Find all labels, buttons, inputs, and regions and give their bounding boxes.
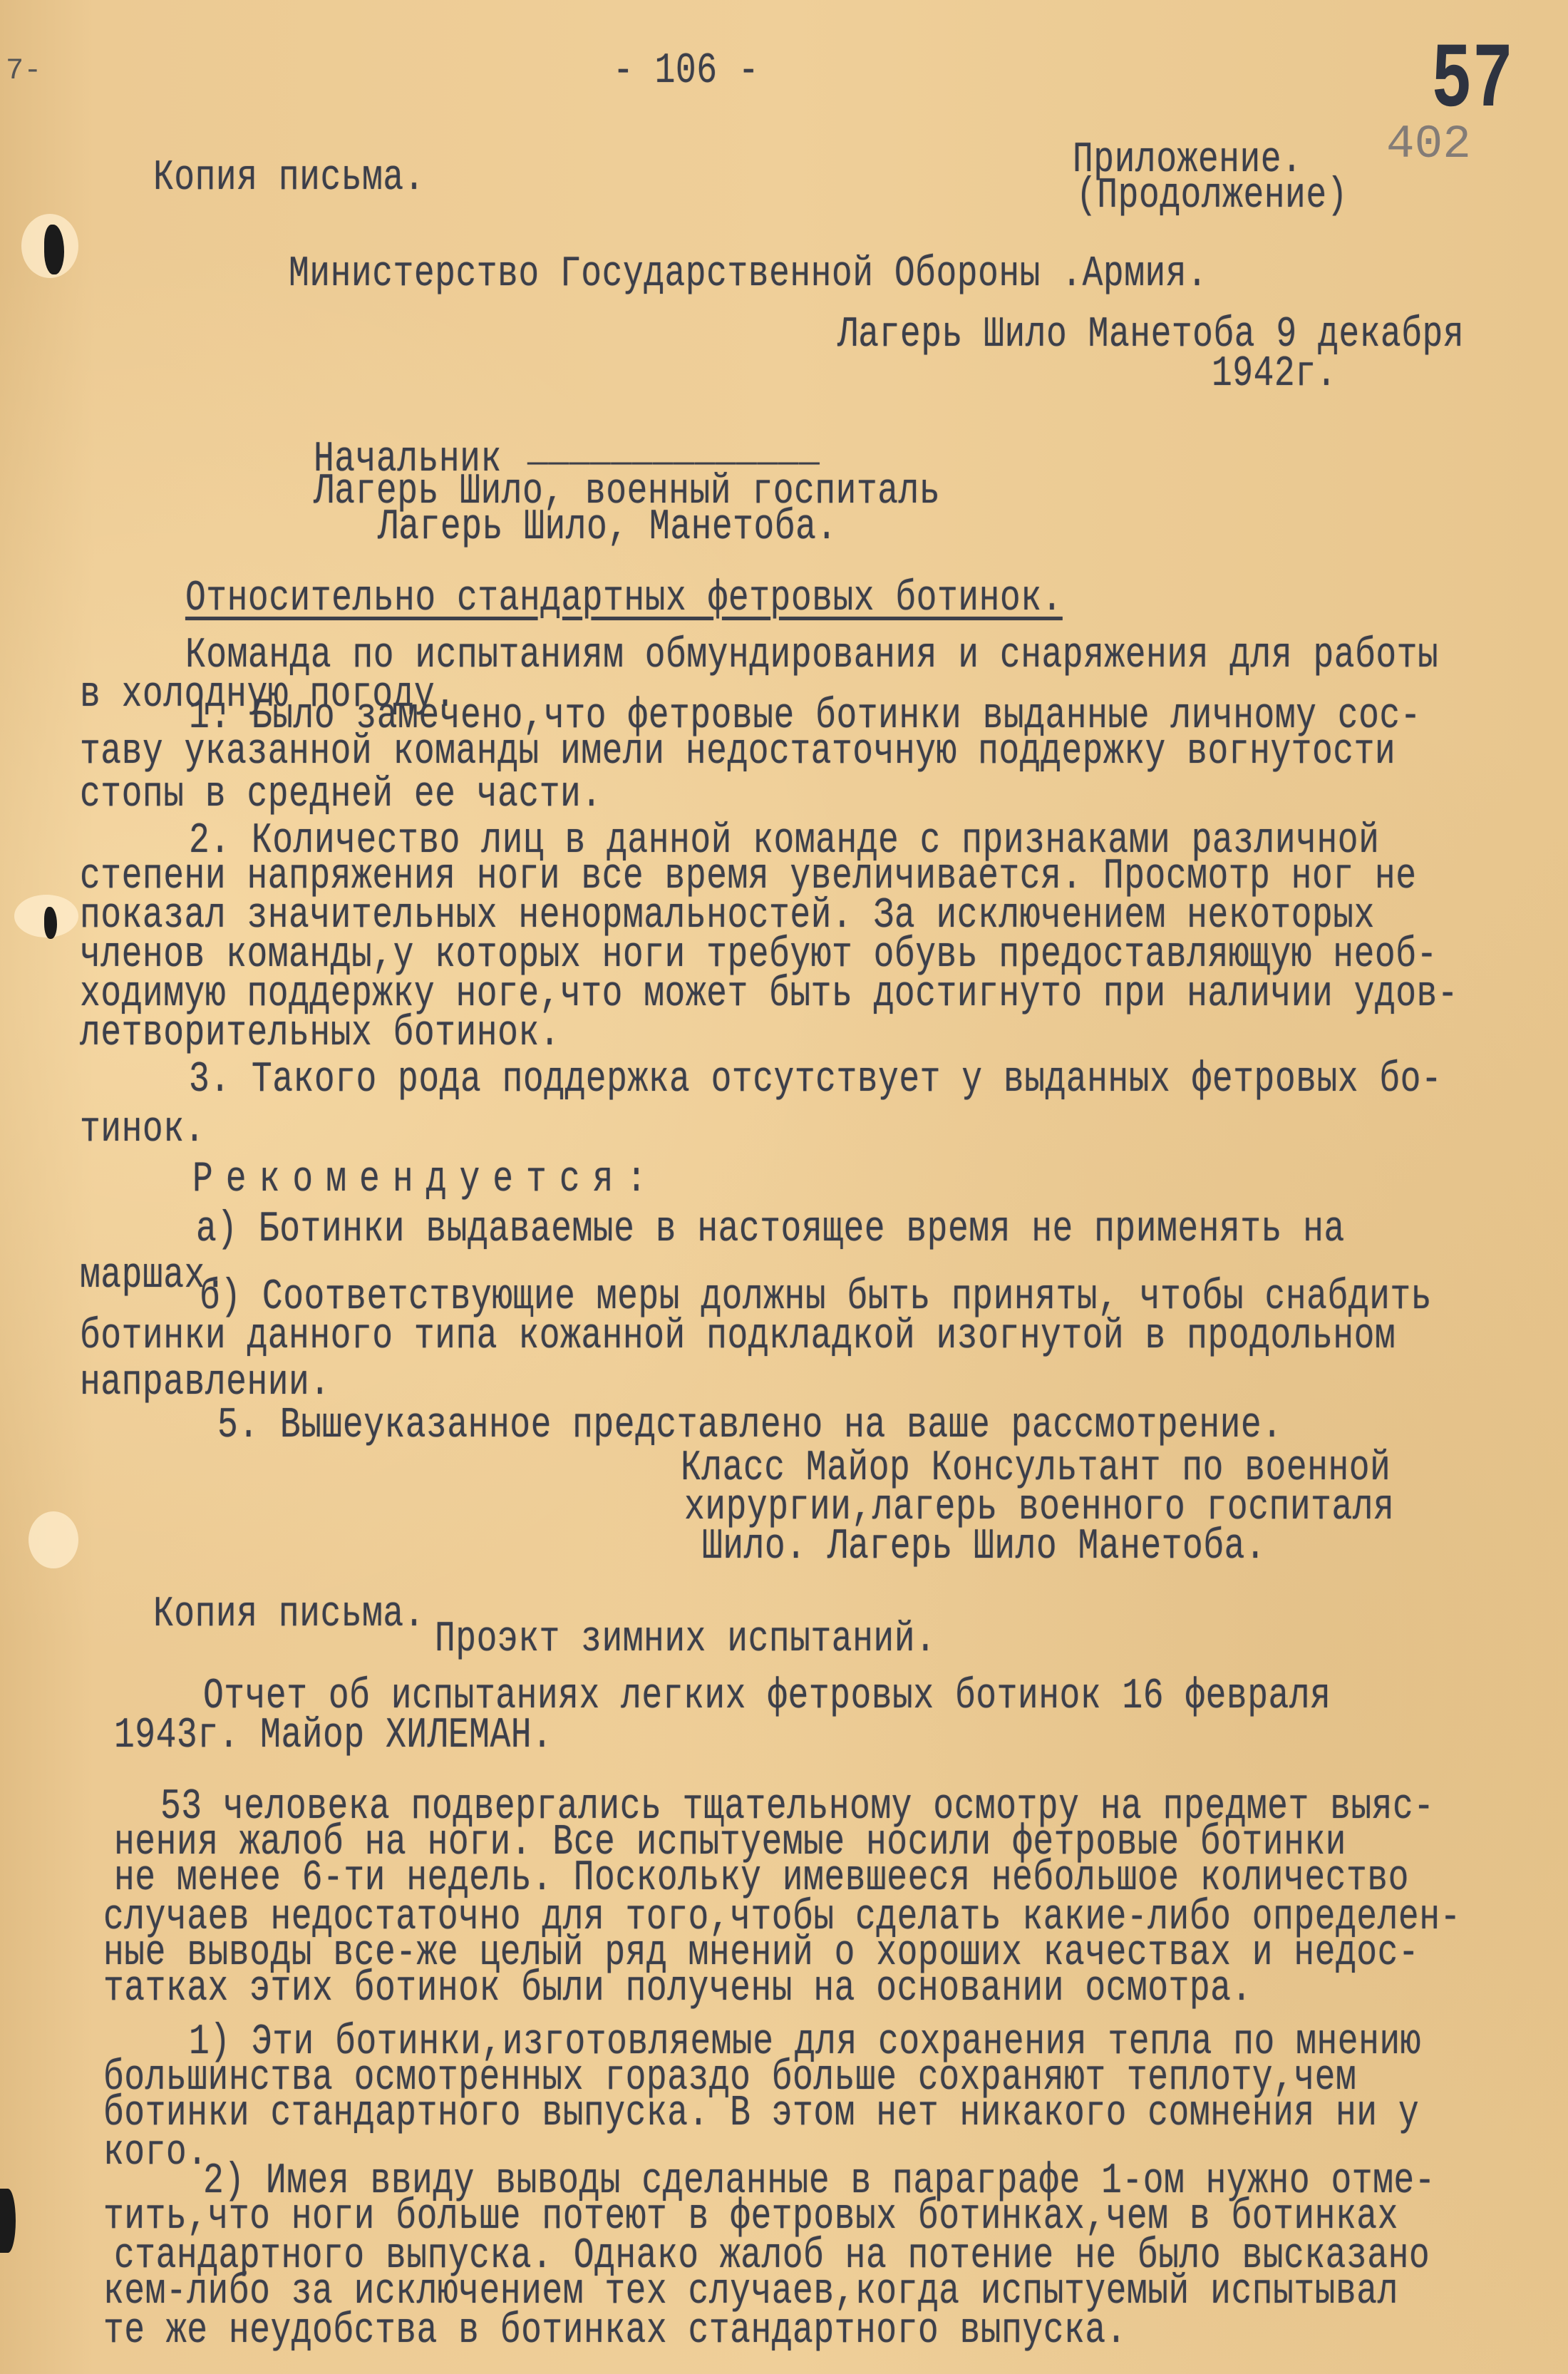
subject-line: Относительно стандартных фетровых ботино… bbox=[185, 577, 1063, 620]
body-line: летворительных ботинок. bbox=[80, 1012, 560, 1055]
body-line: направлении. bbox=[80, 1362, 331, 1404]
addressee-line3: Лагерь Шило, Манетоба. bbox=[378, 506, 837, 549]
body-line: ботинки данного типа кожанной подкладкой… bbox=[80, 1315, 1396, 1358]
page-number: - 106 - bbox=[613, 50, 759, 93]
copy-label: Копия письма. bbox=[153, 157, 425, 200]
margin-mark: 7- bbox=[6, 53, 41, 88]
body-line: тинок. bbox=[80, 1109, 205, 1151]
signature-line: Шило. Лагерь Шило Манетоба. bbox=[702, 1526, 1266, 1568]
continuation-label: (Продолжение) bbox=[1076, 175, 1348, 217]
copy-label-2: Копия письма. bbox=[153, 1593, 425, 1636]
ministry-heading: Министерство Государственной Обороны .Ар… bbox=[289, 253, 1207, 296]
body-line: татках этих ботинок были получены на осн… bbox=[103, 1968, 1252, 2010]
punch-hole bbox=[0, 2189, 16, 2253]
body-line: те же неудобства в ботинках стандартного… bbox=[103, 2310, 1127, 2353]
place-date: Лагерь Шило Манетоба 9 декабря bbox=[837, 314, 1464, 356]
body-line: 5. Вышеуказанное представлено на ваше ра… bbox=[217, 1404, 1283, 1447]
body-line: 3. Такого рода поддержка отсутствует у в… bbox=[189, 1059, 1442, 1101]
body-line: таву указанной команды имели недостаточн… bbox=[80, 731, 1396, 774]
punch-hole bbox=[44, 907, 57, 939]
date-year: 1942г. bbox=[1212, 353, 1337, 396]
body-line: стопы в средней ее части. bbox=[80, 774, 602, 816]
body-line: а) Ботинки выдаваемые в настоящее время … bbox=[196, 1208, 1345, 1251]
paper-damage bbox=[29, 1511, 78, 1568]
report-line: 1943г. Майор ХИЛЕМАН. bbox=[114, 1715, 552, 1757]
archive-number: 402 bbox=[1386, 118, 1471, 171]
addressee-blank: ______________ bbox=[527, 428, 820, 471]
project-title: Проэкт зимних испытаний. bbox=[435, 1618, 936, 1661]
body-line: кого. bbox=[103, 2132, 208, 2174]
body-line: ботинки стандартного выпуска. В этом нет… bbox=[103, 2092, 1419, 2135]
recommendation-heading: Рекомендуется: bbox=[192, 1158, 659, 1201]
